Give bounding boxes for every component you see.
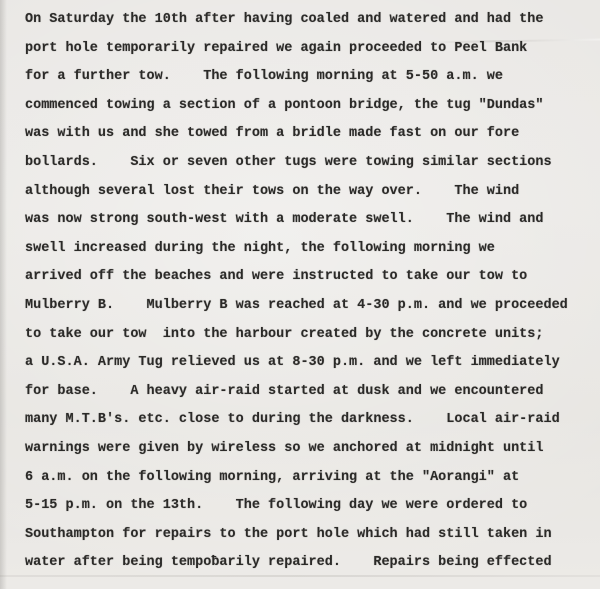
document-page: On Saturday the 10th after having coaled…: [0, 0, 600, 589]
paper-crease: [0, 0, 7, 589]
text-line: for base. A heavy air-raid started at du…: [25, 378, 600, 407]
text-line: port hole temporarily repaired we again …: [25, 35, 600, 64]
text-line: warnings were given by wireless so we an…: [25, 435, 600, 464]
text-line: arrived off the beaches and were instruc…: [25, 263, 600, 292]
text-line: Southampton for repairs to the port hole…: [25, 521, 600, 550]
text-line: 6 a.m. on the following morning, arrivin…: [25, 464, 600, 493]
text-line: was with us and she towed from a bridle …: [25, 120, 600, 149]
text-line: Mulberry B. Mulberry B was reached at 4-…: [25, 292, 600, 321]
text-line: 5-15 p.m. on the 13th. The following day…: [25, 492, 600, 521]
document-text: On Saturday the 10th after having coaled…: [25, 6, 600, 578]
text-line: water after being tempoƀarily repaired. …: [25, 549, 600, 578]
text-line: many M.T.B's. etc. close to during the d…: [25, 406, 600, 435]
text-line: although several lost their tows on the …: [25, 178, 600, 207]
text-line: for a further tow. The following morning…: [25, 63, 600, 92]
text-line: On Saturday the 10th after having coaled…: [25, 6, 600, 35]
text-line: to take our tow into the harbour created…: [25, 321, 600, 350]
text-line: bollards. Six or seven other tugs were t…: [25, 149, 600, 178]
text-line: commenced towing a section of a pontoon …: [25, 92, 600, 121]
text-line: swell increased during the night, the fo…: [25, 235, 600, 264]
text-line: a U.S.A. Army Tug relieved us at 8-30 p.…: [25, 349, 600, 378]
text-line: was now strong south-west with a moderat…: [25, 206, 600, 235]
